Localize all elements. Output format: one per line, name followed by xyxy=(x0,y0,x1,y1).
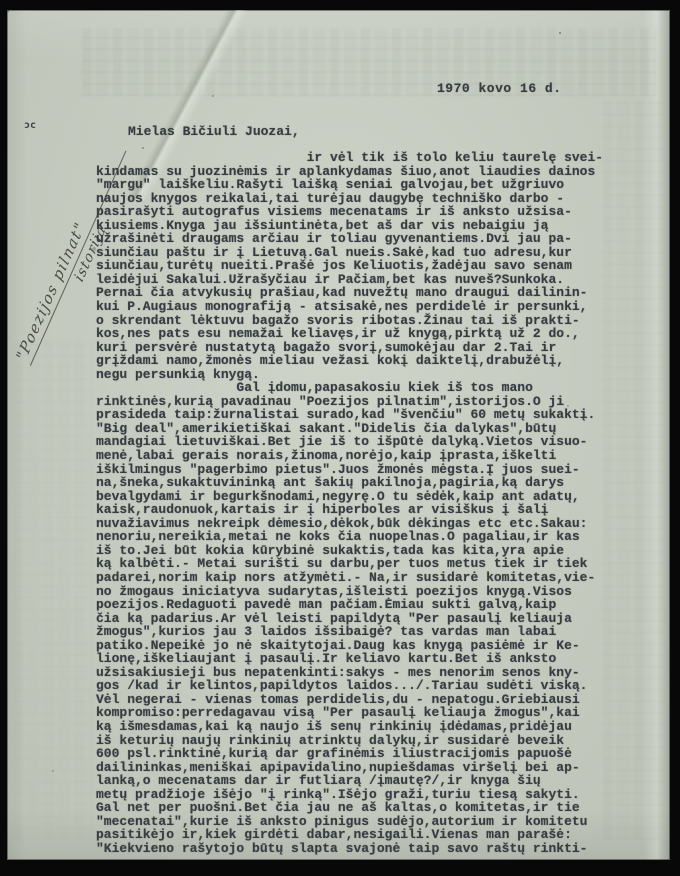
letter-line: nuvažiavimus nekreipk dėmesio,dėkok,būk … xyxy=(96,517,603,531)
letter-line: gos /kad ir kelintos,papildytos laidos..… xyxy=(96,679,603,693)
letter-line: Pernai čia atvykusių prašiau,kad nuvežtų… xyxy=(96,286,603,300)
letter-salutation: Mielas Bičiuli Juozai, xyxy=(128,124,300,139)
letter-line: "margu" laiškeliu.Rašyti laišką seniai g… xyxy=(96,178,603,192)
letter-line: siunčiau,turėtų nueiti.Prašė jos Keliuot… xyxy=(96,259,603,273)
letter-line: padarei,norim kaip nors atžymėti.- Na,ir… xyxy=(96,571,603,585)
letter-line: na,šneka,sukaktuvininką ant šakių pakiln… xyxy=(96,476,603,490)
letter-line: čia ką padarius.Ar vėl leisti papildytą … xyxy=(96,612,603,626)
letter-line: negu persunkią knygą. xyxy=(96,368,603,382)
letter-line: kiusiems.Knyga jau išsiuntinėta,bet aš d… xyxy=(96,219,603,233)
letter-line: kos,nes pats esu nemažai keliavęs,ir už … xyxy=(96,327,603,341)
letter-line: kompromiso:perredagavau visą "Per pasaul… xyxy=(96,706,603,720)
ink-bleed-through-top xyxy=(82,28,657,96)
letter-line: ką kalbėti.- Metai surišti su darbu,per … xyxy=(96,557,603,571)
letter-line: lanką,o mecenatams dar ir futliarą /įmau… xyxy=(96,774,603,788)
letter-line: kaisk,raudonuok,kartais ir į hiperboles … xyxy=(96,503,603,517)
letter-line: patiko.Nepeikė jo nė skaitytojai.Daug ka… xyxy=(96,639,603,653)
letter-line: pasirašyti autografus visiems mecenatams… xyxy=(96,205,603,219)
letter-line: "Big deal",amerikietiškai sakant."Dideli… xyxy=(96,422,603,436)
ink-bleed-through-left xyxy=(13,340,93,840)
letter-line: pasitikėjo ir,kiek girdėti dabar,nesigai… xyxy=(96,828,603,842)
letter-line: užsisakiusieji bus nepatenkinti:sakys - … xyxy=(96,666,603,680)
letter-line: siunčiau paštu ir į Lietuvą.Gal nueis.Sa… xyxy=(96,246,603,260)
paper-specks xyxy=(7,10,9,12)
letter-line: "mecenatai",kurie iš anksto pinigus sudė… xyxy=(96,815,603,829)
letter-page: 1970 kovo 16 d. ɔc "Poezijos pilnat" ist… xyxy=(7,10,670,860)
letter-line: iškilmingus "pagerbimo pietus".Juos žmon… xyxy=(96,463,603,477)
letter-line: rinktinės,kurią pavadinau "Poezijos piln… xyxy=(96,395,603,409)
corner-pencil-mark: ɔc xyxy=(24,120,36,131)
letter-line: mandagiai lietuviškai.Bet jie iš to išpū… xyxy=(96,435,603,449)
letter-line: kuri persvėrė nustatytą bagažo svorį,sum… xyxy=(96,341,603,355)
letter-line: bevalgydami ir begurkšnodami,negyrę.O tu… xyxy=(96,490,603,504)
letter-line: ką išmesdamas,kai ką naujo iš senų rinki… xyxy=(96,720,603,734)
letter-line: Gal net per puošni.Bet čia jau ne aš kal… xyxy=(96,801,603,815)
letter-line: o skrendant lėktuvu bagažo svoris ribota… xyxy=(96,314,603,328)
letter-line: lionę,iškeliaujant į pasaulį.Ir keliavo … xyxy=(96,652,603,666)
ink-bleed-through-right xyxy=(603,100,665,840)
letter-line: užrašinėti draugams arčiau ir toliau gyv… xyxy=(96,232,603,246)
letter-line: iš to.Jei būt kokia kūrybinė sukaktis,ta… xyxy=(96,544,603,558)
letter-line: "Kiekvieno rašytojo būtų slapta svajonė … xyxy=(96,842,603,856)
letter-line: ir vėl tik iš tolo keliu taurelę svei- xyxy=(96,151,603,165)
letter-line: kui P.Augiaus monografiją - atsisakė,nes… xyxy=(96,300,603,314)
letter-line: menė,labai gerais norais,žinoma,norėjo,k… xyxy=(96,449,603,463)
letter-line: metų pradžioje išėjo "į rinką".Išėjo gra… xyxy=(96,788,603,802)
letter-line: kindamas su juozinėmis ir aplankydamas š… xyxy=(96,165,603,179)
letter-date: 1970 kovo 16 d. xyxy=(437,81,562,96)
letter-line: prasideda taip:žurnalistai surado,kad "š… xyxy=(96,408,603,422)
letter-line: žmogus",kurios jau 3 laidos išsibaigė? t… xyxy=(96,625,603,639)
letter-line: iš keturių naujų rinkinių atrinktų dalyk… xyxy=(96,734,603,748)
letter-line: grįždami namo,žmonės mieliau vežasi kokį… xyxy=(96,354,603,368)
letter-line: 600 psl.rinktinė,kurią dar grafinėmis il… xyxy=(96,747,603,761)
letter-line: no žmogaus iniciatyva sudarytas,išleisti… xyxy=(96,585,603,599)
letter-line: Gal įdomu,papasakosiu kiek iš tos mano xyxy=(96,381,603,395)
letter-line: leidėjui Sakalui.Užrašyčiau ir Pačiam,be… xyxy=(96,273,603,287)
scanned-letter-photo: { "colors": { "paper": "#c9cfc3", "ink":… xyxy=(0,0,680,876)
letter-line: dailininkas,meniškai apipavidalino,nupie… xyxy=(96,761,603,775)
letter-line: naujos knygos reikalai,tai turėjau daugy… xyxy=(96,192,603,206)
letter-line: poezijos.Redaguoti pavedė man pačiam.Ėmi… xyxy=(96,598,603,612)
letter-line: nenoriu,nereikia,metai ne koks čia nuope… xyxy=(96,530,603,544)
letter-body: ir vėl tik iš tolo keliu taurelę svei-ki… xyxy=(96,151,603,855)
letter-line: Vėl negerai - vienas tomas perdidelis,du… xyxy=(96,693,603,707)
